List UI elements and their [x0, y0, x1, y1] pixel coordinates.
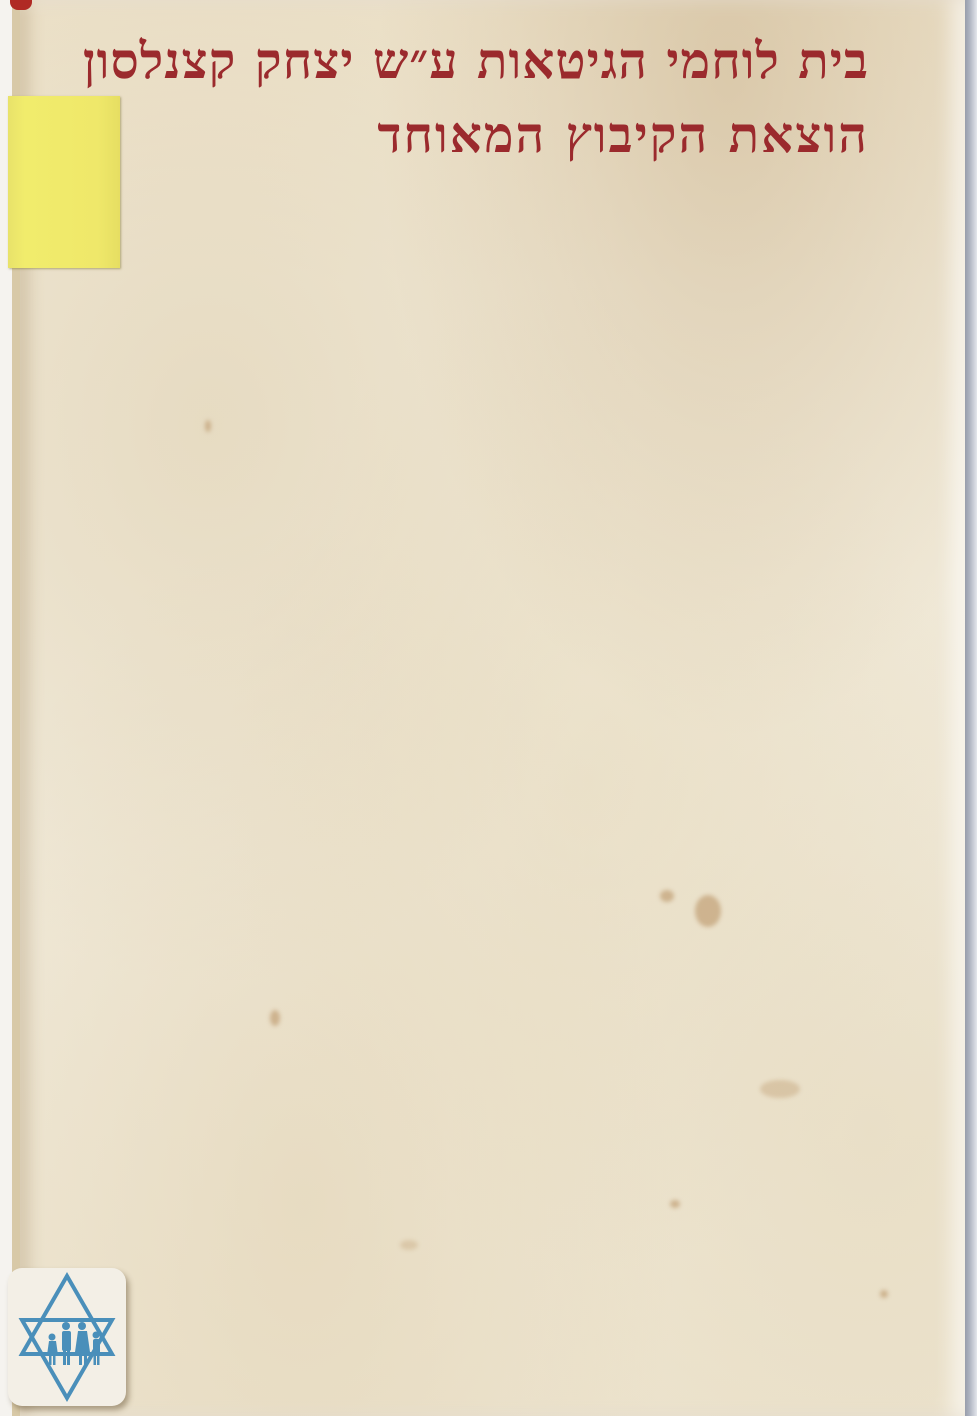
stain — [760, 1080, 800, 1098]
publisher-line-1: בית לוחמי הגיטאות ע״ש יצחק קצנלסון — [29, 22, 869, 100]
stain — [670, 1200, 680, 1208]
watermark-logo — [8, 1268, 126, 1406]
stain — [695, 895, 721, 927]
cover-title: בית לוחמי הגיטאות ע״ש יצחק קצנלסון הוצאת… — [29, 22, 869, 170]
publisher-line-2: הוצאת הקיבוץ המאוחד — [29, 100, 869, 170]
book-cover — [12, 0, 965, 1416]
stain — [400, 1240, 418, 1250]
star-of-david-family-icon — [8, 1268, 126, 1406]
stain — [270, 1010, 280, 1026]
stain — [660, 890, 674, 902]
library-sticker — [8, 96, 120, 268]
stain — [880, 1290, 888, 1298]
book-cover-scan: בית לוחמי הגיטאות ע״ש יצחק קצנלסון הוצאת… — [0, 0, 977, 1416]
stain — [205, 420, 211, 432]
